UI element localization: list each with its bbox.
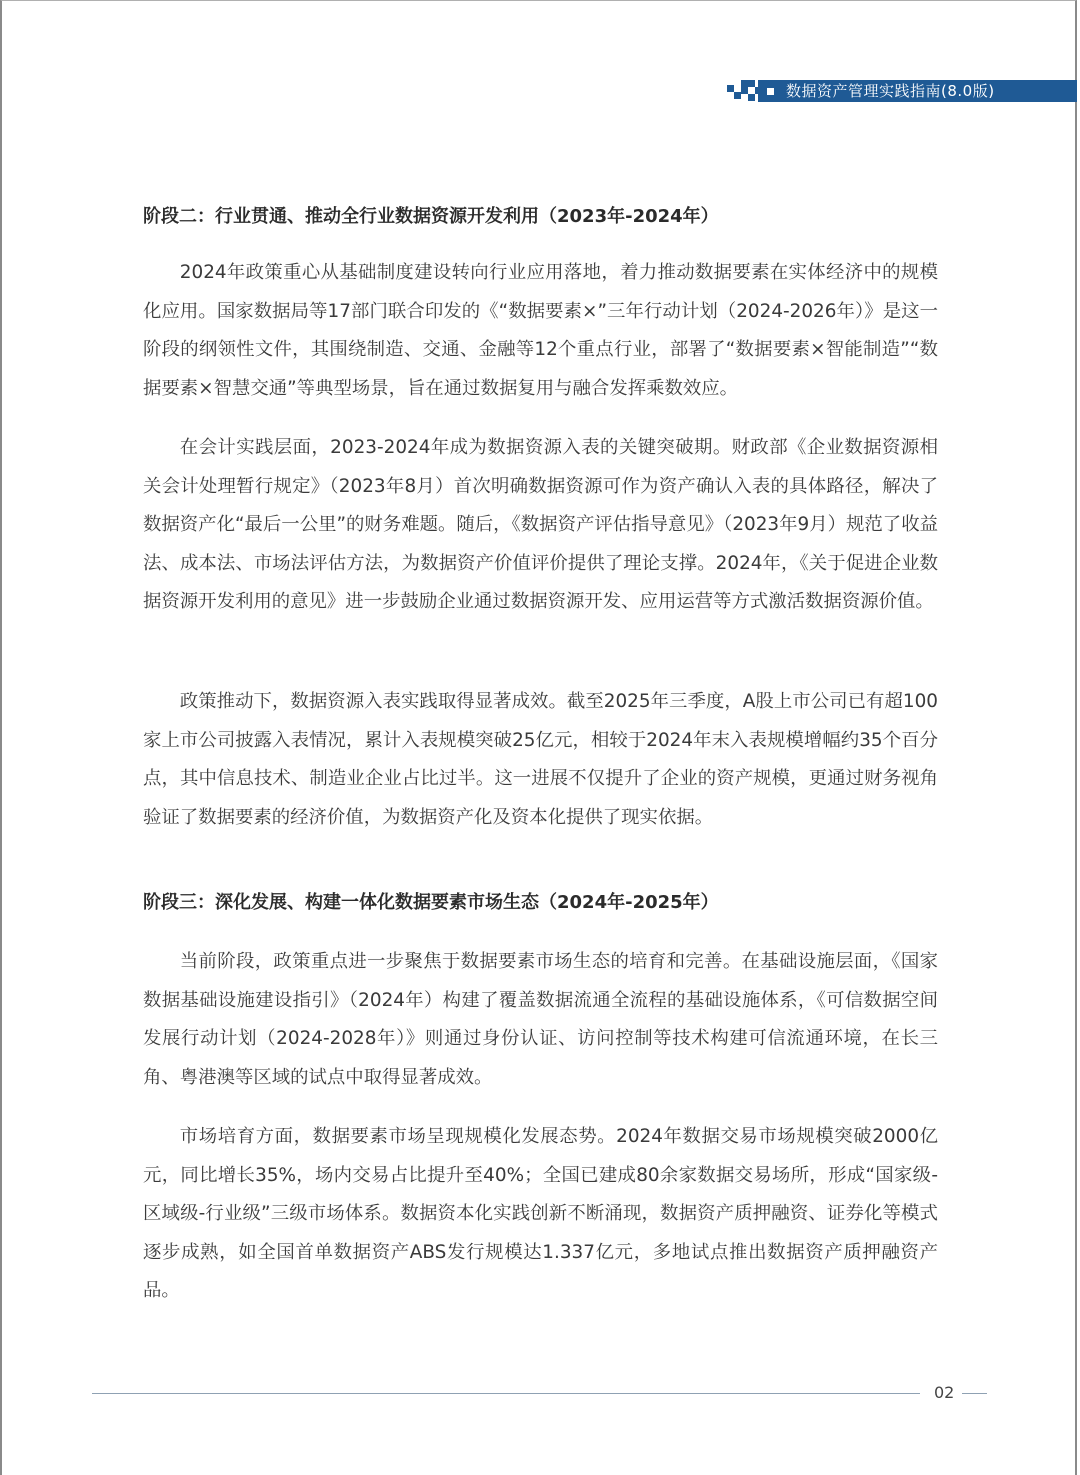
paragraph: 政策推动下，数据资源入表实践取得显著成效。截至2025年三季度，A股上市公司已有… [143,683,938,837]
square-icon [767,88,774,95]
paragraph: 当前阶段，政策重点进一步聚焦于数据要素市场生态的培育和完善。在基础设施层面，《国… [143,943,938,1097]
paragraph: 市场培育方面，数据要素市场呈现规模化发展态势。2024年数据交易市场规模突破20… [143,1118,938,1311]
page-number: 02 [934,1383,954,1403]
section-heading-stage-three: 阶段三：深化发展、构建一体化数据要素市场生态（2024年-2025年） [143,884,719,922]
document-title: 数据资产管理实践指南(8.0版) [786,80,995,102]
footer-divider [92,1393,920,1394]
paragraph: 在会计实践层面，2023-2024年成为数据资源入表的关键突破期。财政部《企业数… [143,429,938,622]
paragraph: 2024年政策重心从基础制度建设转向行业应用落地，着力推动数据要素在实体经济中的… [143,254,938,408]
header-banner: 数据资产管理实践指南(8.0版) [722,78,1077,104]
section-heading-stage-two: 阶段二：行业贯通、推动全行业数据资源开发利用（2023年-2024年） [143,198,719,236]
footer-divider-short [962,1393,987,1394]
